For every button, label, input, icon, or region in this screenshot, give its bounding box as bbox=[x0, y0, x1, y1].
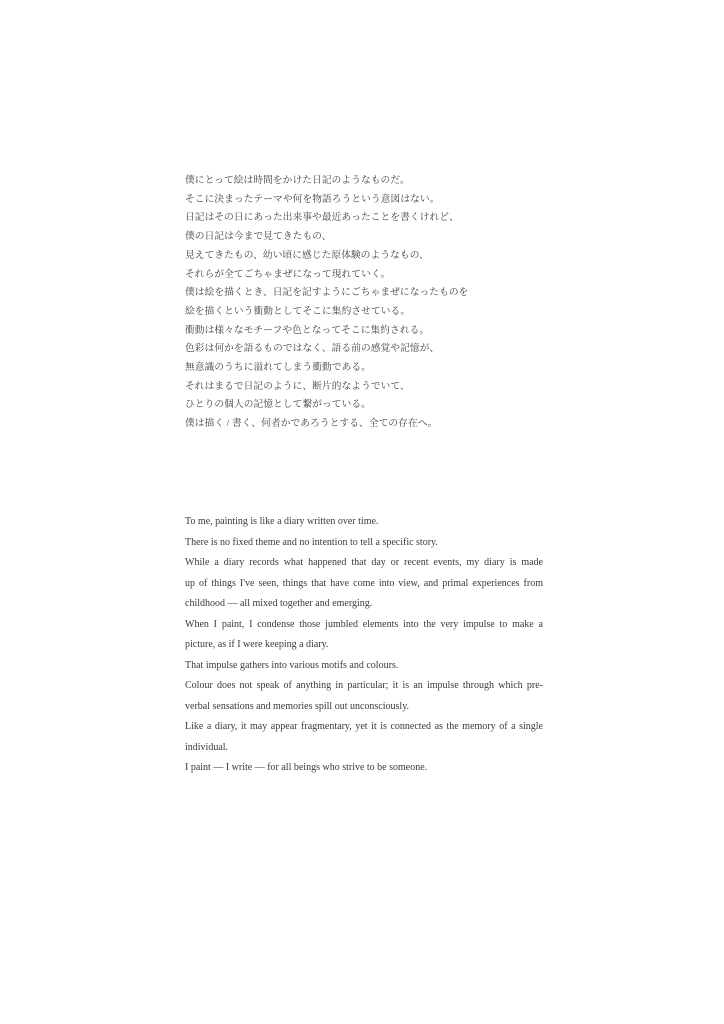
japanese-statement-line: 僕は絵を描くとき、日記を記すようにごちゃまぜになったものを bbox=[185, 284, 565, 303]
japanese-statement-line: 無意識のうちに溢れてしまう衝動である。 bbox=[185, 359, 565, 378]
english-statement-line: When I paint, I condense those jumbled e… bbox=[185, 615, 543, 636]
english-statement-line: That impulse gathers into various motifs… bbox=[185, 656, 543, 677]
japanese-statement-line: そこに決まったテーマや何を物語ろうという意図はない。 bbox=[185, 191, 565, 210]
english-statement-line: childhood — all mixed together and emerg… bbox=[185, 594, 543, 615]
japanese-statement-line: 僕の日記は今まで見てきたもの、 bbox=[185, 228, 565, 247]
japanese-artist-statement: 僕にとって絵は時間をかけた日記のようなものだ。 そこに決まったテーマや何を物語ろ… bbox=[185, 172, 565, 434]
english-statement-line: Like a diary, it may appear fragmentary,… bbox=[185, 717, 543, 738]
japanese-statement-line: 見えてきたもの、幼い頃に感じた原体験のようなもの、 bbox=[185, 247, 565, 266]
japanese-statement-line: それらが全てごちゃまぜになって現れていく。 bbox=[185, 266, 565, 285]
english-statement-line: individual. bbox=[185, 738, 543, 759]
japanese-statement-line: 衝動は様々なモチーフや色となってそこに集約される。 bbox=[185, 322, 565, 341]
japanese-statement-line: 絵を描くという衝動としてそこに集約させている。 bbox=[185, 303, 565, 322]
japanese-statement-line: それはまるで日記のように、断片的なようでいて、 bbox=[185, 378, 565, 397]
english-statement-line: Colour does not speak of anything in par… bbox=[185, 676, 543, 697]
english-statement-line: There is no fixed theme and no intention… bbox=[185, 533, 543, 554]
english-statement-line: I paint — I write — for all beings who s… bbox=[185, 758, 543, 779]
japanese-statement-line: 僕は描く / 書く、何者かであろうとする、全ての存在へ。 bbox=[185, 415, 565, 434]
english-artist-statement: To me, painting is like a diary written … bbox=[185, 512, 543, 779]
english-statement-line: verbal sensations and memories spill out… bbox=[185, 697, 543, 718]
japanese-statement-line: 日記はその日にあった出来事や最近あったことを書くけれど、 bbox=[185, 209, 565, 228]
english-statement-line: picture, as if I were keeping a diary. bbox=[185, 635, 543, 656]
english-statement-line: up of things I've seen, things that have… bbox=[185, 574, 543, 595]
english-statement-line: While a diary records what happened that… bbox=[185, 553, 543, 574]
japanese-statement-line: ひとりの個人の記憶として繋がっている。 bbox=[185, 396, 565, 415]
japanese-statement-line: 僕にとって絵は時間をかけた日記のようなものだ。 bbox=[185, 172, 565, 191]
english-statement-line: To me, painting is like a diary written … bbox=[185, 512, 543, 533]
document-page: 僕にとって絵は時間をかけた日記のようなものだ。 そこに決まったテーマや何を物語ろ… bbox=[0, 0, 724, 1024]
japanese-statement-line: 色彩は何かを語るものではなく、語る前の感覚や記憶が、 bbox=[185, 340, 565, 359]
